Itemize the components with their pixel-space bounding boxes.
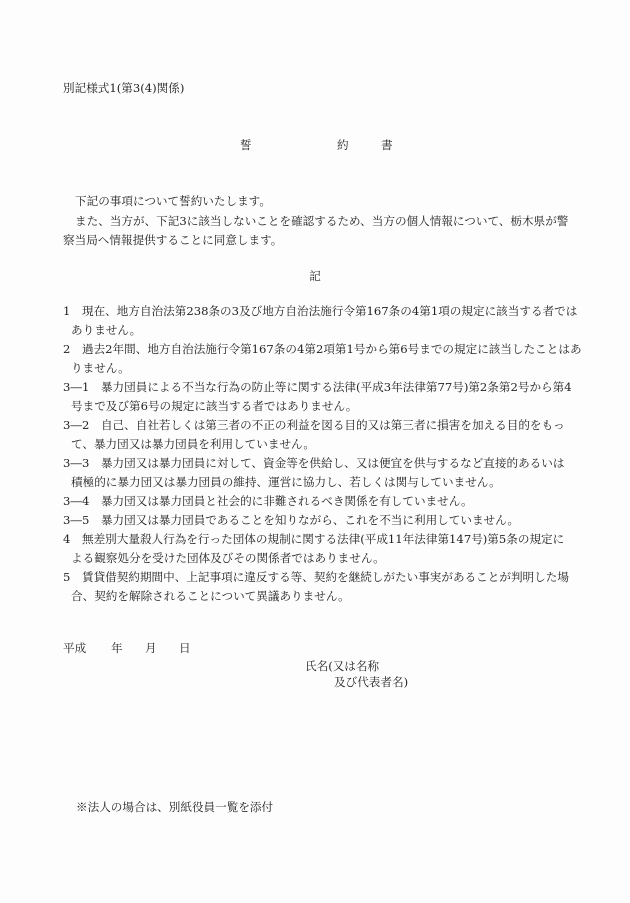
pledge-item-continuation: りません。 — [63, 359, 568, 378]
pledge-item-text: 4 無差別大量殺人行為を行った団体の規制に関する法律(平成11年法律第147号)… — [63, 530, 568, 549]
pledge-item-5: 5 賃貸借契約期間中、上記事項に違反する等、契約を継続しがたい事実があることが判… — [63, 568, 568, 606]
intro-paragraph-2-line-1: また、当方が、下記3に該当しないことを確認するため、当方の個人情報について、栃木… — [63, 212, 568, 232]
pledge-item-text: 3―4 暴力団又は暴力団員と社会的に非難されるべき関係を有していません。 — [63, 492, 568, 511]
pledge-item-continuation: 合、契約を解除されることについて異議ありません。 — [63, 587, 568, 606]
corporate-note: ※法人の場合は、別紙役員一覧を添付 — [76, 799, 273, 815]
pledge-item-3-2: 3―2 自己、自社若しくは第三者の不正の利益を図る目的又は第三者に損害を加える目… — [63, 416, 568, 454]
pledge-item-continuation: 号まで及び第6号の規定に該当する者ではありません。 — [63, 397, 568, 416]
pledge-item-4: 4 無差別大量殺人行為を行った団体の規制に関する法律(平成11年法律第147号)… — [63, 530, 568, 568]
title-char-1: 誓 — [240, 137, 252, 153]
pledge-item-continuation: 積極的に暴力団又は暴力団員の維持、運営に協力し、若しくは関与していません。 — [63, 473, 568, 492]
date-month-field: 月 — [145, 640, 157, 656]
ki-heading: 記 — [0, 268, 630, 284]
pledge-item-text: 2 過去2年間、地方自治法施行令第167条の4第2項第1号から第6号までの規定に… — [63, 340, 568, 359]
pledge-item-continuation: ありません。 — [63, 321, 568, 340]
signature-label-line-1: 氏名(又は名称 — [305, 658, 379, 674]
date-era: 平成 — [63, 640, 86, 656]
pledge-item-text: 1 現在、地方自治法第238条の3及び地方自治法施行令第167条の4第1項の規定… — [63, 302, 568, 321]
pledge-item-text: 3―3 暴力団又は暴力団員に対して、資金等を供給し、又は便宜を供与するなど直接的… — [63, 454, 568, 473]
intro-section: 下記の事項について誓約いたします。 また、当方が、下記3に該当しないことを確認す… — [63, 192, 568, 251]
pledge-items-list: 1 現在、地方自治法第238条の3及び地方自治法施行令第167条の4第1項の規定… — [63, 302, 568, 606]
pledge-item-1: 1 現在、地方自治法第238条の3及び地方自治法施行令第167条の4第1項の規定… — [63, 302, 568, 340]
date-year-field: 年 — [111, 640, 123, 656]
title-char-2: 約 — [337, 137, 349, 153]
signature-label-line-2: 及び代表者名) — [334, 674, 408, 690]
date-day-field: 日 — [179, 640, 191, 656]
pledge-item-continuation: よる観察処分を受けた団体及びその関係者ではありません。 — [63, 549, 568, 568]
form-label: 別記様式1(第3(4)関係) — [63, 80, 184, 96]
pledge-item-3-3: 3―3 暴力団又は暴力団員に対して、資金等を供給し、又は便宜を供与するなど直接的… — [63, 454, 568, 492]
pledge-item-text: 3―2 自己、自社若しくは第三者の不正の利益を図る目的又は第三者に損害を加える目… — [63, 416, 568, 435]
pledge-item-2: 2 過去2年間、地方自治法施行令第167条の4第2項第1号から第6号までの規定に… — [63, 340, 568, 378]
pledge-item-3-5: 3―5 暴力団又は暴力団員であることを知りながら、これを不当に利用していません。 — [63, 511, 568, 530]
intro-paragraph-1: 下記の事項について誓約いたします。 — [63, 192, 568, 212]
title-char-3: 書 — [381, 137, 393, 153]
document-title: 誓 約 書 — [0, 137, 630, 153]
pledge-item-text: 5 賃貸借契約期間中、上記事項に違反する等、契約を継続しがたい事実があることが判… — [63, 568, 568, 587]
pledge-item-3-4: 3―4 暴力団又は暴力団員と社会的に非難されるべき関係を有していません。 — [63, 492, 568, 511]
pledge-item-3-1: 3―1 暴力団員による不当な行為の防止等に関する法律(平成3年法律第77号)第2… — [63, 378, 568, 416]
pledge-item-continuation: て、暴力団又は暴力団員を利用していません。 — [63, 435, 568, 454]
pledge-item-text: 3―5 暴力団又は暴力団員であることを知りながら、これを不当に利用していません。 — [63, 511, 568, 530]
intro-paragraph-2-line-2: 察当局へ情報提供することに同意します。 — [63, 231, 568, 251]
pledge-item-text: 3―1 暴力団員による不当な行為の防止等に関する法律(平成3年法律第77号)第2… — [63, 378, 568, 397]
